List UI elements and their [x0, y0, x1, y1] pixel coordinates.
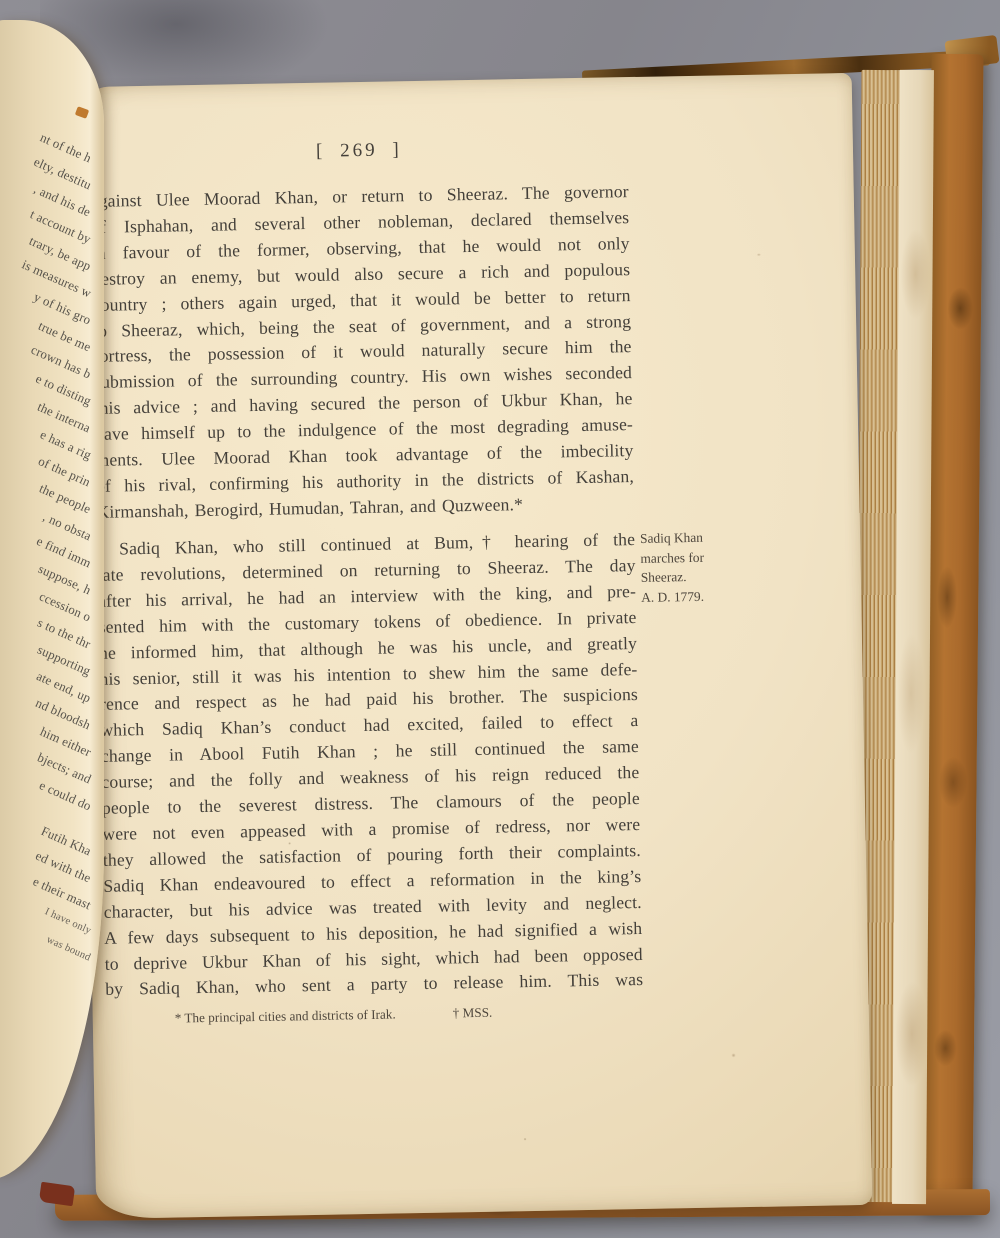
margin-note: Sadiq Khan marches for Sheeraz. A. D. 17… — [640, 527, 751, 607]
book-page: [ 269 ] against Ulee Moorad Khan, or ret… — [76, 73, 873, 1219]
cover-corner-fragment — [39, 1182, 75, 1207]
margin-note-line: Sadiq Khan — [640, 527, 750, 549]
opposite-page-text: nt of the helty, destitu, and his det ac… — [0, 20, 90, 1180]
footnote-asterisk-text: * The principal cities and districts of … — [175, 1006, 396, 1026]
photo-background: [ 269 ] against Ulee Moorad Khan, or ret… — [0, 0, 1000, 1238]
footnote: * The principal cities and districts of … — [106, 1000, 735, 1028]
paragraph-2: Sadiq Khan, who still continued at Bum,†… — [97, 527, 643, 1003]
margin-note-line: Sheeraz. — [641, 566, 751, 588]
page-number: [ 269 ] — [90, 135, 628, 167]
margin-note-line: marches for — [640, 546, 750, 568]
margin-note-line: A. D. 1779. — [641, 585, 751, 607]
paragraph-1: against Ulee Moorad Khan, or return to S… — [91, 179, 635, 526]
opposite-page-text-fragment: was bound — [45, 934, 92, 963]
footnote-dagger-text: † MSS. — [453, 1005, 493, 1022]
opposite-page-edge: nt of the helty, destitu, and his det ac… — [0, 20, 104, 1180]
